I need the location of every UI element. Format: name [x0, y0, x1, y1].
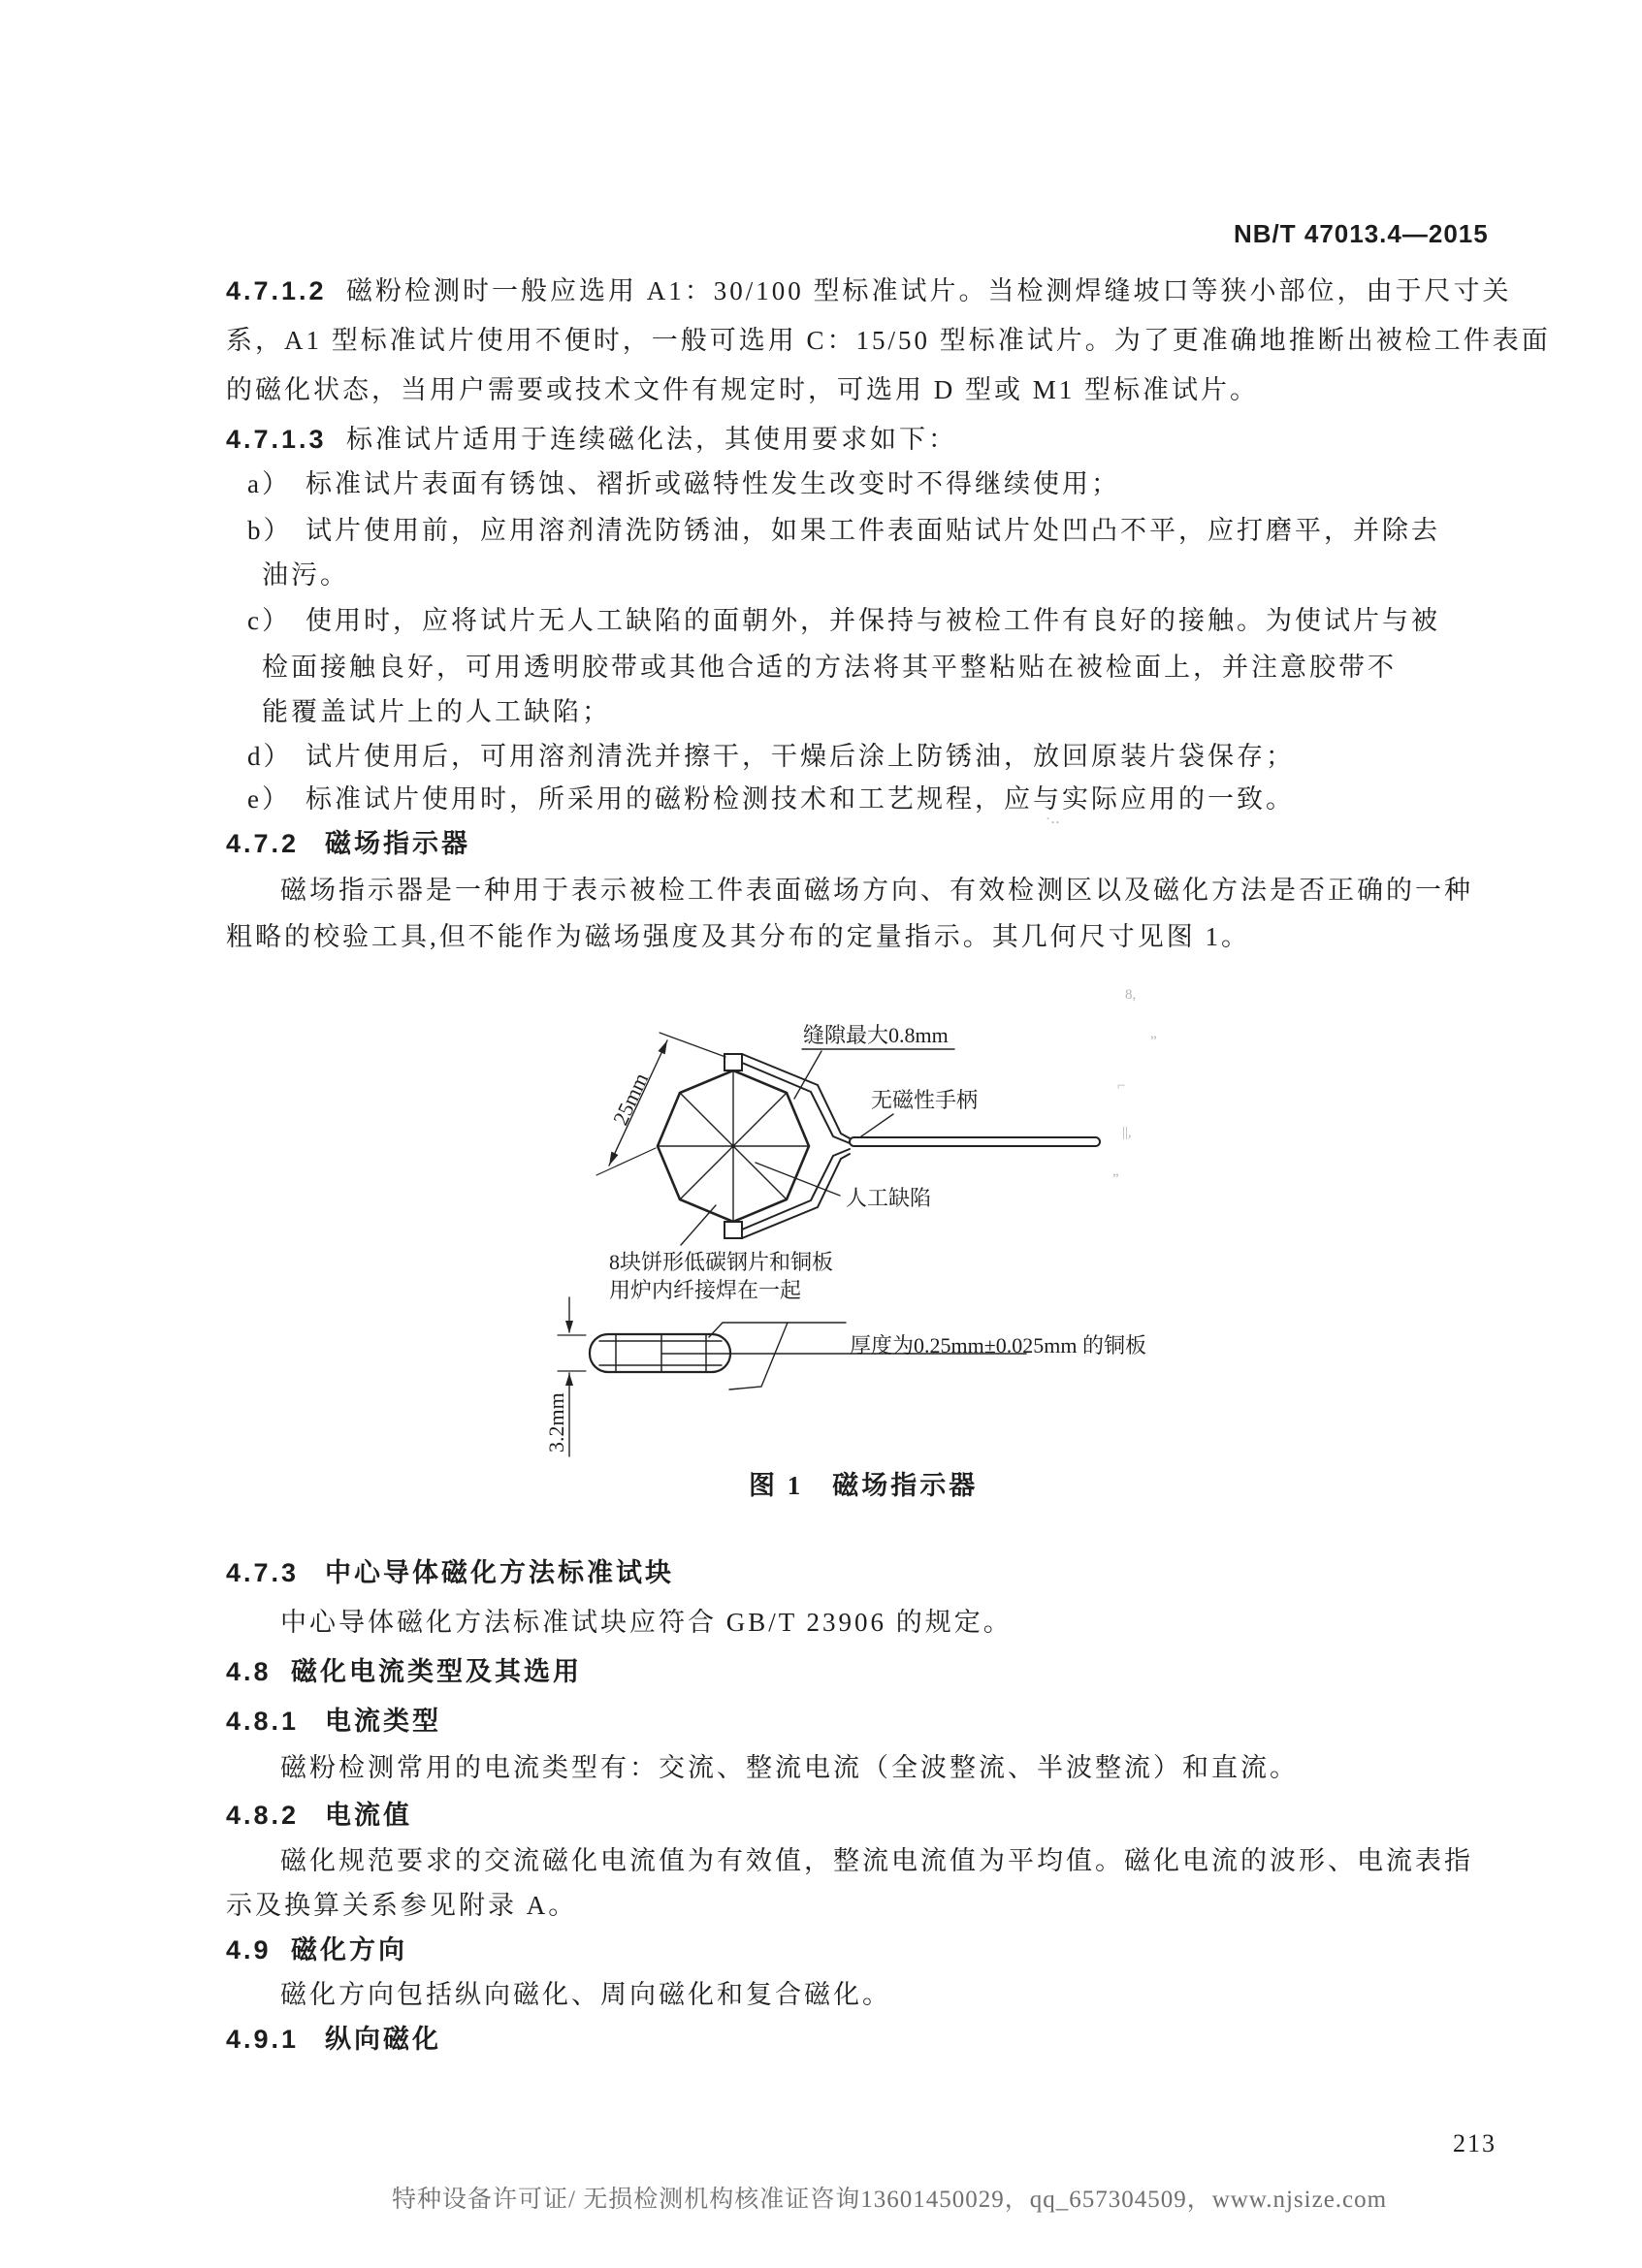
dim-25-ext1 — [660, 1033, 725, 1057]
scan-artifact: ” — [1150, 1034, 1157, 1050]
dim-25-label: 25mm — [608, 1070, 653, 1130]
pieces-leader-line — [681, 1205, 716, 1245]
clause-text: 磁化方向包括纵向磁化、周向磁化和复合磁化。 — [280, 1980, 891, 2009]
clause-number: 4.7.3 — [226, 1556, 325, 1589]
pieces-label-line1: 8块饼形低碳钢片和铜板 — [609, 1250, 833, 1274]
item-label: a） — [247, 467, 306, 500]
heading-482: 4.8.2电流值 — [226, 1799, 412, 1832]
defect-label: 人工缺陷 — [846, 1186, 931, 1210]
clause-text: 磁场指示器是一种用于表示被检工件表面磁场方向、有效检测区以及磁化方法是否正确的一… — [280, 876, 1473, 905]
scan-artifact: ·‥ — [1046, 810, 1060, 828]
copper-rim-lower-outer — [742, 1154, 850, 1238]
dim-25-arrow-top — [659, 1040, 668, 1054]
clause-number: 4.9.1 — [226, 2023, 325, 2056]
heading-472: 4.7.2磁场指示器 — [226, 827, 470, 860]
list-item-e: e）标准试片使用时，所采用的磁粉检测技术和工艺规程，应与实际应用的一致。 — [247, 783, 1295, 815]
item-text: 标准试片使用时，所采用的磁粉检测技术和工艺规程，应与实际应用的一致。 — [306, 784, 1295, 814]
item-label: c） — [247, 604, 306, 637]
document-page: NB/T 47013.4—2015 4.7.1.2磁粉检测时一般应选用 A1：3… — [0, 0, 1642, 2268]
pieces-label-line2: 用炉内纤接焊在一起 — [609, 1278, 801, 1302]
paragraph-4713: 4.7.1.3标准试片适用于连续磁化法，其使用要求如下： — [226, 423, 957, 456]
item-text: 试片使用前，应用溶剂清洗防锈油，如果工件表面贴试片处凹凸不平，应打磨平，并除去 — [306, 516, 1440, 545]
heading-481: 4.8.1电流类型 — [226, 1705, 441, 1738]
clause-number: 4.8.1 — [226, 1705, 325, 1738]
clause-text: 标准试片适用于连续磁化法，其使用要求如下： — [346, 425, 957, 454]
handle-bar — [850, 1137, 1100, 1146]
item-label: d） — [247, 740, 306, 773]
paragraph-4712-line1: 4.7.1.2磁粉检测时一般应选用 A1：30/100 型标准试片。当检测焊缝坡… — [226, 274, 1512, 307]
paragraph-472-line1: 磁场指示器是一种用于表示被检工件表面磁场方向、有效检测区以及磁化方法是否正确的一… — [280, 874, 1473, 907]
list-item-c-cont1: 检面接触良好，可用透明胶带或其他合适的方法将其平整粘贴在被检面上，并注意胶带不 — [262, 651, 1397, 684]
thickness-leader1 — [709, 1323, 846, 1337]
top-notch — [724, 1054, 742, 1070]
figure-1-diagram: 缝隙最大0.8mm 无磁性手柄 人工缺陷 25mm 8块饼形低碳钢片和铜板 用炉… — [0, 1008, 1642, 1513]
paragraph-482-line1: 磁化规范要求的交流磁化电流值为有效值，整流电流值为平均值。磁化电流的波形、电流表… — [280, 1844, 1473, 1877]
list-item-c: c）使用时，应将试片无人工缺陷的面朝外，并保持与被检工件有良好的接触。为使试片与… — [247, 604, 1440, 637]
clause-text: 粗略的校验工具,但不能作为磁场强度及其分布的定量指示。其几何尺寸见图 1。 — [226, 922, 1250, 951]
list-item-c-cont2: 能覆盖试片上的人工缺陷； — [262, 695, 611, 728]
dim-32-arrow-down — [565, 1321, 573, 1333]
item-text: 试片使用后，可用溶剂清洗并擦干，干燥后涂上防锈油，放回原装片袋保存； — [306, 742, 1295, 771]
clause-number: 4.8 — [226, 1655, 291, 1688]
dim-25-arrow-bottom — [609, 1152, 619, 1166]
item-text: 能覆盖试片上的人工缺陷； — [262, 697, 611, 726]
list-item-b: b）试片使用前，应用溶剂清洗防锈油，如果工件表面贴试片处凹凸不平，应打磨平，并除… — [247, 514, 1440, 547]
handle-label: 无磁性手柄 — [871, 1088, 978, 1112]
scan-artifact: ” — [1112, 1171, 1119, 1188]
item-text: 使用时，应将试片无人工缺陷的面朝外，并保持与被检工件有良好的接触。为使试片与被 — [306, 606, 1440, 635]
heading-text: 磁化电流类型及其选用 — [291, 1657, 582, 1686]
bottom-notch — [724, 1222, 742, 1238]
item-text: 油污。 — [262, 560, 349, 590]
dim-25-ext2 — [596, 1148, 656, 1175]
heading-48: 4.8磁化电流类型及其选用 — [226, 1655, 582, 1688]
thickness-leader2 — [729, 1323, 788, 1390]
heading-49: 4.9磁化方向 — [226, 1933, 407, 1966]
list-item-b-cont: 油污。 — [262, 559, 349, 591]
list-item-a: a）标准试片表面有锈蚀、褶折或磁特性发生改变时不得继续使用； — [247, 467, 1120, 500]
page-number: 213 — [1453, 2129, 1497, 2158]
item-label: b） — [247, 514, 306, 547]
scan-artifact: 8, — [1125, 987, 1136, 1004]
heading-text: 磁化方向 — [291, 1935, 407, 1965]
clause-number: 4.7.1.2 — [226, 274, 346, 307]
heading-text: 磁场指示器 — [325, 829, 470, 858]
copper-rim-upper-inner — [742, 1063, 850, 1143]
clause-text: 磁粉检测常用的电流类型有：交流、整流电流（全波整流、半波整流）和直流。 — [280, 1753, 1299, 1782]
clause-text: 系，A1 型标准试片使用不便时，一般可选用 C：15/50 型标准试片。为了更准… — [226, 326, 1551, 355]
scan-artifact: ⌐ — [1117, 1078, 1125, 1095]
clause-text: 示及换算关系参见附录 A。 — [226, 1891, 577, 1920]
heading-text: 电流类型 — [325, 1707, 441, 1736]
handle-leader-line — [861, 1114, 893, 1136]
clause-number: 4.7.2 — [226, 827, 325, 860]
paragraph-473: 中心导体磁化方法标准试块应符合 GB/T 23906 的规定。 — [280, 1606, 1013, 1639]
scan-artifact: ||, — [1122, 1125, 1132, 1141]
paragraph-4712-line3: 的磁化状态，当用户需要或技术文件有规定时，可选用 D 型或 M1 型标准试片。 — [226, 373, 1259, 406]
dim-32-label: 3.2mm — [544, 1392, 568, 1453]
clause-text: 的磁化状态，当用户需要或技术文件有规定时，可选用 D 型或 M1 型标准试片。 — [226, 375, 1259, 404]
item-text: 标准试片表面有锈蚀、褶折或磁特性发生改变时不得继续使用； — [306, 469, 1120, 498]
paragraph-482-line2: 示及换算关系参见附录 A。 — [226, 1889, 577, 1922]
list-item-d: d）试片使用后，可用溶剂清洗并擦干，干燥后涂上防锈油，放回原装片袋保存； — [247, 740, 1295, 773]
heading-text: 中心导体磁化方法标准试块 — [325, 1558, 674, 1587]
paragraph-49: 磁化方向包括纵向磁化、周向磁化和复合磁化。 — [280, 1978, 891, 2011]
footer-watermark: 特种设备许可证/ 无损检测机构核准证咨询13601450029，qq_65730… — [392, 2180, 1265, 2215]
item-label: e） — [247, 783, 306, 815]
figure-caption: 图 1 磁场指示器 — [749, 1471, 978, 1500]
clause-text: 中心导体磁化方法标准试块应符合 GB/T 23906 的规定。 — [280, 1608, 1013, 1637]
heading-491: 4.9.1纵向磁化 — [226, 2023, 441, 2056]
item-text: 检面接触良好，可用透明胶带或其他合适的方法将其平整粘贴在被检面上，并注意胶带不 — [262, 653, 1397, 682]
clause-number: 4.7.1.3 — [226, 423, 346, 456]
heading-text: 电流值 — [325, 1801, 412, 1830]
clause-text: 磁化规范要求的交流磁化电流值为有效值，整流电流值为平均值。磁化电流的波形、电流表… — [280, 1846, 1473, 1875]
standard-number: NB/T 47013.4—2015 — [1234, 219, 1489, 249]
clause-number: 4.9 — [226, 1933, 291, 1966]
heading-473: 4.7.3中心导体磁化方法标准试块 — [226, 1556, 674, 1589]
paragraph-472-line2: 粗略的校验工具,但不能作为磁场强度及其分布的定量指示。其几何尺寸见图 1。 — [226, 920, 1250, 953]
heading-text: 纵向磁化 — [325, 2025, 441, 2054]
dim-32-arrow-up — [565, 1373, 573, 1386]
paragraph-481: 磁粉检测常用的电流类型有：交流、整流电流（全波整流、半波整流）和直流。 — [280, 1751, 1299, 1784]
gap-label: 缝隙最大0.8mm — [803, 1023, 949, 1047]
clause-number: 4.8.2 — [226, 1799, 325, 1832]
copper-rim-lower-inner — [742, 1149, 850, 1230]
center-dot — [731, 1144, 735, 1148]
thickness-label: 厚度为0.25mm±0.025mm 的铜板 — [850, 1333, 1146, 1358]
clause-text: 磁粉检测时一般应选用 A1：30/100 型标准试片。当检测焊缝坡口等狭小部位，… — [346, 276, 1512, 305]
paragraph-4712-line2: 系，A1 型标准试片使用不便时，一般可选用 C：15/50 型标准试片。为了更准… — [226, 324, 1551, 357]
